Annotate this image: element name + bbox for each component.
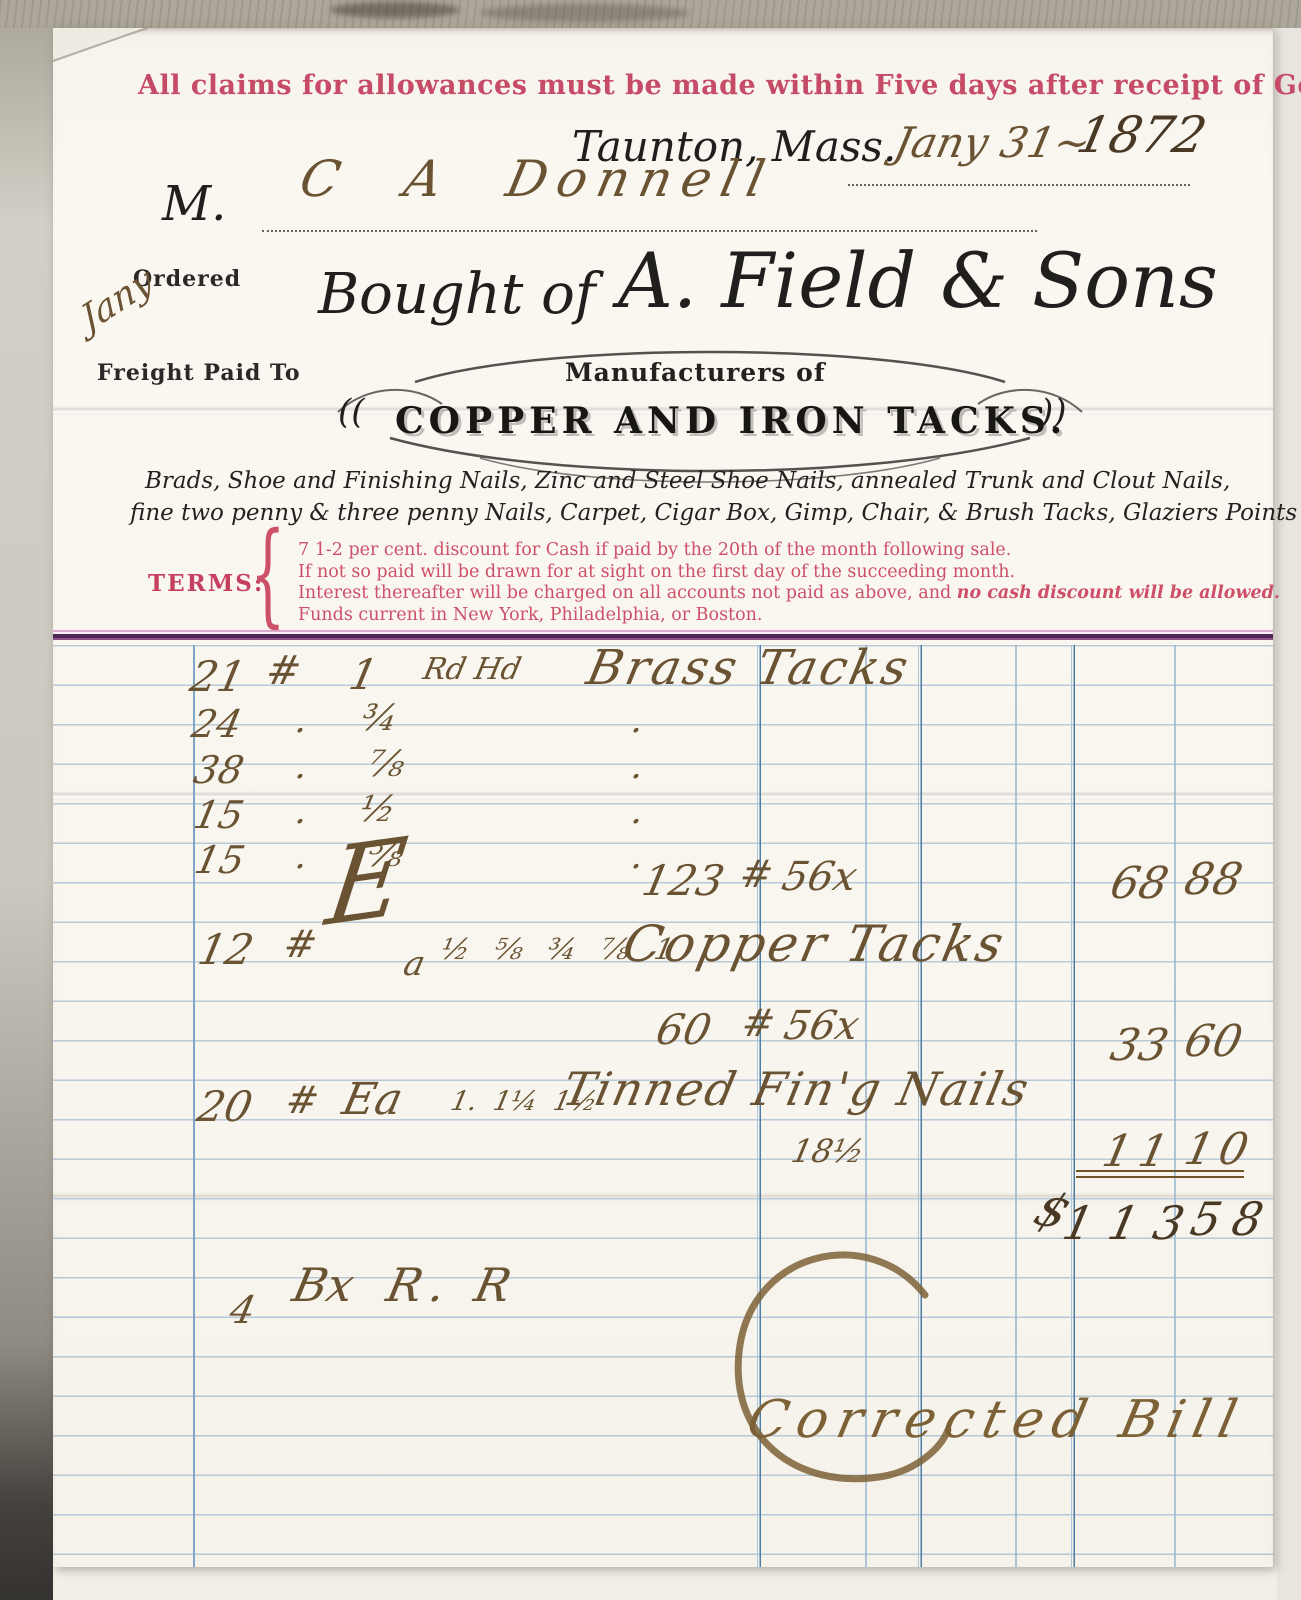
- dateline-date-handwritten: Jany 31~: [890, 118, 1095, 167]
- terms-brace: {: [250, 528, 286, 620]
- dateline-year-handwritten: 1872: [1072, 106, 1212, 164]
- ledger-qty: 12: [194, 925, 258, 974]
- title-flourish-left: ((: [338, 392, 365, 432]
- each-abbrev: Ea: [338, 1074, 407, 1125]
- shipping-boxes-abbrev: Bx: [288, 1258, 359, 1312]
- product-title: COPPER AND IRON TACKS.: [395, 400, 1015, 442]
- unit-price: 18½: [788, 1132, 868, 1170]
- amount-cents: 88: [1180, 854, 1247, 905]
- customer-prefix: M.: [162, 176, 226, 232]
- ledger-head-abbrev: Rd Hd: [420, 652, 524, 687]
- scan-bed-top-edge: [0, 0, 1301, 28]
- amount-dollars: 68: [1098, 858, 1173, 909]
- ledger-item: Tinned Fin'g Nails: [558, 1062, 1035, 1116]
- total-rule: [1076, 1170, 1244, 1178]
- subtotal-qty: 60: [652, 1005, 716, 1054]
- ledger-qty: 15: [190, 793, 248, 837]
- freight-paid-to-label: Freight Paid To: [97, 360, 301, 386]
- scan-smudge: [480, 4, 690, 22]
- firm-name-script: A. Field & Sons: [618, 236, 1218, 325]
- folded-corner: [53, 28, 149, 64]
- product-line-2: fine two penny & three penny Nails, Carp…: [130, 500, 1210, 526]
- scanned-billhead-document: All claims for allowances must be made w…: [0, 0, 1301, 1600]
- ledger-qty: 21: [186, 652, 250, 701]
- claims-notice: All claims for allowances must be made w…: [138, 70, 1158, 101]
- unit-price: 56x: [780, 1003, 863, 1049]
- terms-line-2: If not so paid will be drawn for at sigh…: [298, 562, 1280, 584]
- bought-of-script: Bought of: [318, 262, 596, 327]
- terms-line-4: Funds current in New York, Philadelphia,…: [298, 605, 1280, 627]
- terms-lines: 7 1-2 per cent. discount for Cash if pai…: [298, 540, 1280, 626]
- customer-name-handwritten: C A Donnell: [295, 150, 780, 208]
- flourished-initial: E: [322, 832, 411, 935]
- shipping-route: R. R: [382, 1258, 524, 1312]
- terms-line-1: 7 1-2 per cent. discount for Cash if pai…: [298, 540, 1280, 562]
- name-rule: [262, 228, 1037, 232]
- terms-line-3: Interest thereafter will be charged on a…: [298, 583, 1280, 605]
- signature-flourish: [700, 1240, 970, 1510]
- ledger-item: Copper Tacks: [618, 915, 1011, 973]
- ledger-qty: 38: [190, 748, 248, 792]
- unit-price: 56x: [778, 854, 861, 900]
- amount-dollars: 33: [1098, 1020, 1173, 1071]
- ledger-qty: 15: [191, 838, 249, 882]
- amount-cents: 10: [1180, 1124, 1259, 1175]
- scan-smudge: [330, 2, 460, 18]
- terms-label: TERMS:: [148, 570, 264, 597]
- product-line-1: Brads, Shoe and Finishing Nails, Zinc an…: [145, 468, 1200, 494]
- total-cents: 58: [1186, 1192, 1280, 1246]
- total-dollars: 113: [1058, 1196, 1205, 1250]
- subtotal-qty: 123: [638, 856, 729, 905]
- terms-line-3-emphasis: no cash discount will be allowed.: [957, 583, 1280, 603]
- ledger-item: Brass Tacks: [582, 640, 916, 696]
- date-rule: [848, 182, 1190, 186]
- amount-cents: 60: [1180, 1016, 1247, 1067]
- signature-text: Corrected Bill: [742, 1390, 1251, 1450]
- ledger-qty: 20: [193, 1082, 257, 1131]
- scan-bed-left-edge: [0, 0, 53, 1600]
- ledger-qty: 24: [188, 702, 246, 746]
